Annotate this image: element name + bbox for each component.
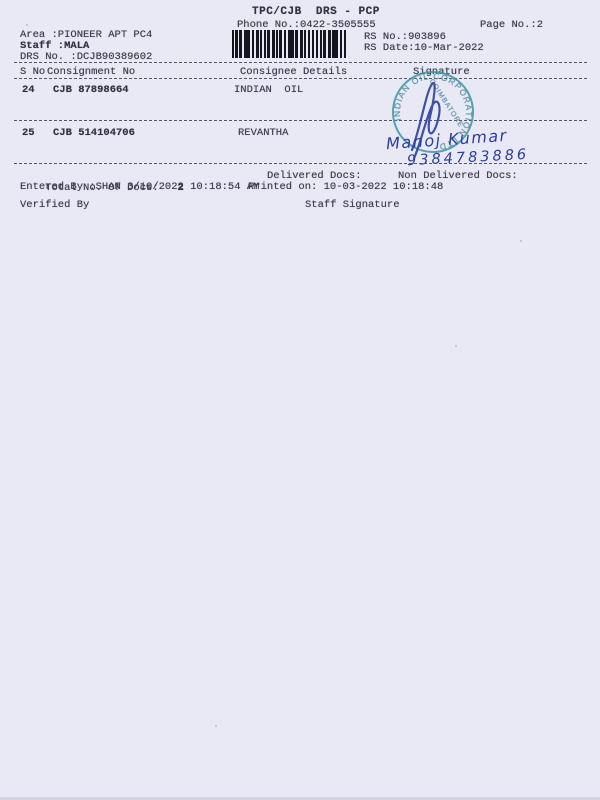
printed-on-field: Printed on: 10-03-2022 10:18:48: [248, 181, 443, 193]
scan-speck: [455, 345, 457, 347]
row-consignment-no: CJB 514104706: [53, 127, 135, 139]
page-number: Page No.:2: [480, 19, 543, 31]
verified-by-label: Verified By: [20, 199, 89, 211]
scan-speck: [520, 240, 522, 242]
row-sno: 24: [22, 84, 35, 96]
rs-date-field: RS Date:10-Mar-2022: [364, 42, 484, 54]
scanned-delivery-run-sheet: TPC/CJB DRS - PCP Phone No.:0422-3505555…: [0, 0, 600, 800]
staff-signature-label: Staff Signature: [305, 199, 400, 211]
row-consignee: INDIAN OIL: [234, 84, 303, 96]
separator-line: [14, 77, 588, 79]
separator-line: [14, 61, 588, 63]
barcode-image: [232, 30, 346, 58]
entered-by-field: Entered By :SHAN 3/10/2022 10:18:54 AM: [20, 181, 259, 193]
separator-line: [14, 119, 588, 121]
scan-speck: [215, 725, 217, 727]
scan-speck: [26, 24, 28, 26]
row-sno: 25: [22, 127, 35, 139]
row-consignment-no: CJB 87898664: [53, 84, 129, 96]
row-consignee: REVANTHA: [238, 127, 288, 139]
separator-line: [14, 162, 588, 164]
document-title: TPC/CJB DRS - PCP: [252, 6, 380, 18]
